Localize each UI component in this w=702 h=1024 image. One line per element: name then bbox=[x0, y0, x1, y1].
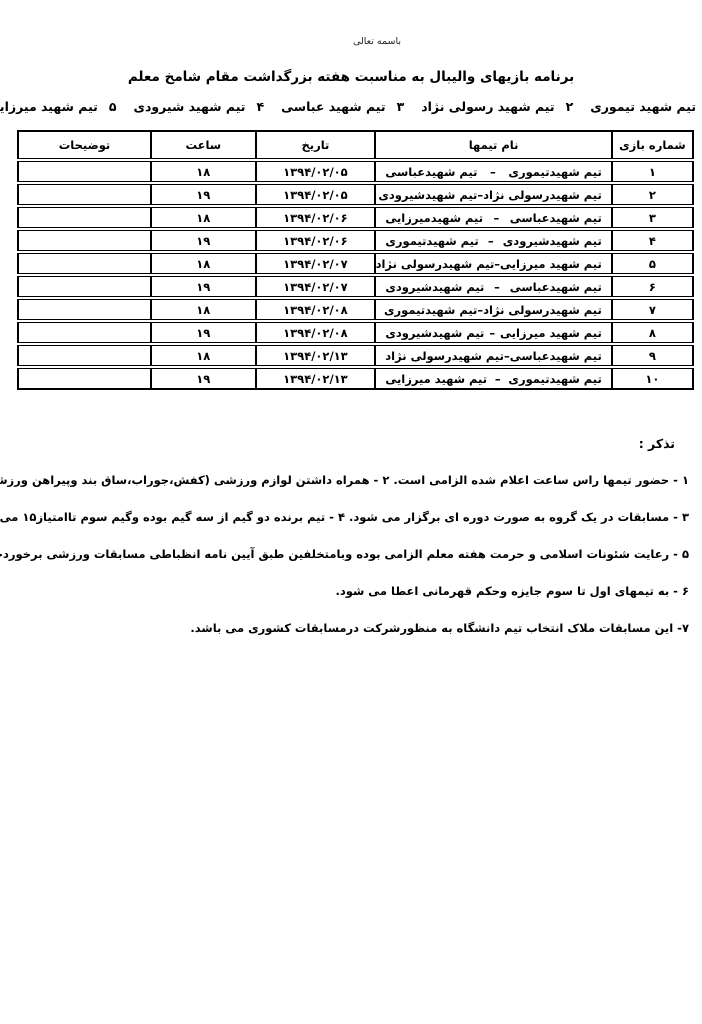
teams-cell: تیم شهیدرسولی نژاد – تیم شهیدشیرودی bbox=[375, 184, 611, 205]
game-number-cell: ۵ bbox=[612, 253, 694, 274]
away-team-name: تیم شهیدعباسی bbox=[385, 165, 477, 179]
teams-cell: تیم شهیدشیرودی – تیم شهیدتیموری bbox=[375, 230, 611, 251]
time-cell: ۱۹ bbox=[151, 322, 256, 343]
home-team-name: تیم شهیدعباسی bbox=[510, 280, 602, 294]
schedule-row: ۷ تیم شهیدرسولی نژاد – تیم شهیدتیموری ۱۳… bbox=[17, 299, 694, 320]
remark-line: ۳ - مسابقات در یک گروه به صورت دوره ای ب… bbox=[0, 509, 689, 525]
time-cell: ۱۸ bbox=[151, 299, 256, 320]
away-team-name: تیم شهیدرسولی نژاد bbox=[376, 257, 495, 271]
time-cell: ۱۹ bbox=[151, 230, 256, 251]
date-cell: ۱۳۹۴/۰۲/۰۶ bbox=[256, 230, 376, 251]
date-cell: ۱۳۹۴/۰۲/۰۶ bbox=[256, 207, 376, 228]
home-team-name: تیم شهیدتیموری bbox=[508, 165, 601, 179]
game-number-cell: ۷ bbox=[612, 299, 694, 320]
vs-dash: – bbox=[494, 280, 500, 294]
game-number-cell: ۲ bbox=[612, 184, 694, 205]
schedule-table-body: ۱ تیم شهیدتیموری – تیم شهیدعباسی ۱۳۹۴/۰۲… bbox=[17, 161, 694, 390]
game-number-cell: ۴ bbox=[612, 230, 694, 251]
remark-line: ۱ - حضور تیمها راس ساعت اعلام شده الزامی… bbox=[0, 472, 689, 488]
date-cell: ۱۳۹۴/۰۲/۰۷ bbox=[256, 253, 376, 274]
vs-dash: – bbox=[488, 234, 494, 248]
notes-cell bbox=[17, 184, 151, 205]
away-team-name: تیم شهید میرزایی bbox=[385, 372, 487, 386]
away-team-name: تیم شهیدتیموری bbox=[384, 303, 477, 317]
notes-cell bbox=[17, 207, 151, 228]
notes-cell bbox=[17, 230, 151, 251]
vs-dash: – bbox=[494, 211, 500, 225]
header-time: ساعت bbox=[151, 130, 256, 159]
away-team-name: تیم شهیدشیرودی bbox=[385, 326, 484, 340]
teams-pair: تیم شهیدشیرودی – تیم شهیدتیموری bbox=[380, 234, 606, 248]
header-game-number: شماره بازی bbox=[612, 130, 694, 159]
home-team-name: تیم شهیدعباسی bbox=[510, 211, 602, 225]
team-legend-number: ۲ bbox=[566, 99, 574, 114]
header-team-names: نام تیمها bbox=[375, 130, 611, 159]
teams-cell: تیم شهیدتیموری – تیم شهید میرزایی bbox=[375, 368, 611, 390]
game-number-cell: ۳ bbox=[612, 207, 694, 228]
teams-pair: تیم شهید میرزایی – تیم شهیدشیرودی bbox=[380, 326, 606, 340]
away-team-name: تیم شهیدرسولی نژاد bbox=[385, 349, 504, 363]
team-legend-item: ۱ تیم شهید تیموری bbox=[590, 99, 702, 114]
team-legend-name: تیم شهید میرزایی bbox=[0, 99, 98, 114]
schedule-row: ۵ تیم شهید میرزایی – تیم شهیدرسولی نژاد … bbox=[17, 253, 694, 274]
teams-cell: تیم شهیدرسولی نژاد – تیم شهیدتیموری bbox=[375, 299, 611, 320]
team-legend-number: ۵ bbox=[109, 99, 117, 114]
vs-dash: – bbox=[494, 257, 500, 271]
schedule-row: ۴ تیم شهیدشیرودی – تیم شهیدتیموری ۱۳۹۴/۰… bbox=[17, 230, 694, 251]
team-legend-number: ۳ bbox=[397, 99, 405, 114]
teams-legend: ۱ تیم شهید تیموری ۲ تیم شهید رسولی نژاد … bbox=[0, 99, 702, 114]
date-cell: ۱۳۹۴/۰۲/۰۵ bbox=[256, 184, 376, 205]
date-cell: ۱۳۹۴/۰۲/۰۵ bbox=[256, 161, 376, 182]
schedule-row: ۶ تیم شهیدعباسی – تیم شهیدشیرودی ۱۳۹۴/۰۲… bbox=[17, 276, 694, 297]
date-cell: ۱۳۹۴/۰۲/۰۸ bbox=[256, 299, 376, 320]
schedule-row: ۱۰ تیم شهیدتیموری – تیم شهید میرزایی ۱۳۹… bbox=[17, 368, 694, 390]
vs-dash: – bbox=[490, 165, 496, 179]
header-notes: توضیحات bbox=[17, 130, 151, 159]
time-cell: ۱۸ bbox=[151, 253, 256, 274]
notes-cell bbox=[17, 368, 151, 390]
time-cell: ۱۹ bbox=[151, 276, 256, 297]
time-cell: ۱۸ bbox=[151, 161, 256, 182]
date-cell: ۱۳۹۴/۰۲/۰۸ bbox=[256, 322, 376, 343]
team-legend-item: ۳ تیم شهید عباسی bbox=[281, 99, 404, 114]
remarks-section: تذکر : ۱ - حضور تیمها راس ساعت اعلام شده… bbox=[0, 436, 702, 636]
header-date: تاریخ bbox=[256, 130, 376, 159]
team-legend-item: ۲ تیم شهید رسولی نژاد bbox=[421, 99, 573, 114]
notes-cell bbox=[17, 345, 151, 366]
teams-cell: تیم شهیدعباسی – تیم شهیدرسولی نژاد bbox=[375, 345, 611, 366]
table-header-row: شماره بازی نام تیمها تاریخ ساعت توضیحات bbox=[17, 130, 694, 159]
teams-pair: تیم شهیدرسولی نژاد – تیم شهیدشیرودی bbox=[380, 188, 606, 202]
game-number-cell: ۱ bbox=[612, 161, 694, 182]
date-cell: ۱۳۹۴/۰۲/۱۳ bbox=[256, 368, 376, 390]
time-cell: ۱۹ bbox=[151, 368, 256, 390]
schedule-row: ۹ تیم شهیدعباسی – تیم شهیدرسولی نژاد ۱۳۹… bbox=[17, 345, 694, 366]
game-number-cell: ۶ bbox=[612, 276, 694, 297]
notes-cell bbox=[17, 253, 151, 274]
game-number-cell: ۱۰ bbox=[612, 368, 694, 390]
team-legend-number: ۴ bbox=[257, 99, 265, 114]
time-cell: ۱۹ bbox=[151, 184, 256, 205]
vs-dash: – bbox=[495, 372, 501, 386]
schedule-row: ۳ تیم شهیدعباسی – تیم شهیدمیرزایی ۱۳۹۴/۰… bbox=[17, 207, 694, 228]
vs-dash: – bbox=[477, 303, 483, 317]
teams-pair: تیم شهیدرسولی نژاد – تیم شهیدتیموری bbox=[380, 303, 606, 317]
away-team-name: تیم شهیدتیموری bbox=[385, 234, 478, 248]
team-legend-name: تیم شهید رسولی نژاد bbox=[421, 99, 554, 114]
team-legend-item: ۵ تیم شهید میرزایی bbox=[0, 99, 117, 114]
away-team-name: تیم شهیدشیرودی bbox=[378, 188, 477, 202]
teams-cell: تیم شهید میرزایی – تیم شهیدرسولی نژاد bbox=[375, 253, 611, 274]
away-team-name: تیم شهیدمیرزایی bbox=[385, 211, 483, 225]
home-team-name: تیم شهیدعباسی bbox=[510, 349, 602, 363]
team-legend-item: ۴ تیم شهید شیرودی bbox=[134, 99, 265, 114]
teams-pair: تیم شهید میرزایی – تیم شهیدرسولی نژاد bbox=[380, 257, 606, 271]
schedule-row: ۲ تیم شهیدرسولی نژاد – تیم شهیدشیرودی ۱۳… bbox=[17, 184, 694, 205]
time-cell: ۱۸ bbox=[151, 207, 256, 228]
schedule-row: ۱ تیم شهیدتیموری – تیم شهیدعباسی ۱۳۹۴/۰۲… bbox=[17, 161, 694, 182]
remark-line: ۷- این مسابقات ملاک انتخاب تیم دانشگاه ب… bbox=[0, 620, 689, 636]
teams-cell: تیم شهیدعباسی – تیم شهیدشیرودی bbox=[375, 276, 611, 297]
vs-dash: – bbox=[504, 349, 510, 363]
remark-line: ۶ - به تیمهای اول تا سوم جایزه وحکم قهرم… bbox=[0, 583, 689, 599]
date-cell: ۱۳۹۴/۰۲/۰۷ bbox=[256, 276, 376, 297]
vs-dash: – bbox=[477, 188, 483, 202]
team-legend-name: تیم شهید عباسی bbox=[281, 99, 385, 114]
teams-cell: تیم شهیدتیموری – تیم شهیدعباسی bbox=[375, 161, 611, 182]
home-team-name: تیم شهیدشیرودی bbox=[503, 234, 602, 248]
schedule-table: شماره بازی نام تیمها تاریخ ساعت توضیحات … bbox=[17, 128, 694, 392]
bismillah-text: باسمه تعالی bbox=[26, 36, 702, 47]
teams-cell: تیم شهید میرزایی – تیم شهیدشیرودی bbox=[375, 322, 611, 343]
home-team-name: تیم شهیدتیموری bbox=[508, 372, 601, 386]
remarks-list: ۱ - حضور تیمها راس ساعت اعلام شده الزامی… bbox=[0, 472, 702, 636]
teams-pair: تیم شهیدعباسی – تیم شهیدمیرزایی bbox=[380, 211, 606, 225]
teams-pair: تیم شهیدعباسی – تیم شهیدرسولی نژاد bbox=[380, 349, 606, 363]
home-team-name: تیم شهیدرسولی نژاد bbox=[483, 303, 602, 317]
remarks-heading: تذکر : bbox=[0, 436, 675, 451]
time-cell: ۱۸ bbox=[151, 345, 256, 366]
game-number-cell: ۸ bbox=[612, 322, 694, 343]
teams-pair: تیم شهیدتیموری – تیم شهیدعباسی bbox=[380, 165, 606, 179]
notes-cell bbox=[17, 276, 151, 297]
team-legend-name: تیم شهید تیموری bbox=[590, 99, 696, 114]
page-title: برنامه بازیهای والیبال به مناسبت هفته بز… bbox=[0, 69, 702, 85]
away-team-name: تیم شهیدشیرودی bbox=[385, 280, 484, 294]
home-team-name: تیم شهید میرزایی bbox=[500, 257, 602, 271]
document-page: باسمه تعالی برنامه بازیهای والیبال به من… bbox=[0, 0, 702, 1024]
home-team-name: تیم شهید میرزایی bbox=[500, 326, 602, 340]
notes-cell bbox=[17, 299, 151, 320]
notes-cell bbox=[17, 161, 151, 182]
game-number-cell: ۹ bbox=[612, 345, 694, 366]
teams-cell: تیم شهیدعباسی – تیم شهیدمیرزایی bbox=[375, 207, 611, 228]
home-team-name: تیم شهیدرسولی نژاد bbox=[483, 188, 602, 202]
teams-pair: تیم شهیدعباسی – تیم شهیدشیرودی bbox=[380, 280, 606, 294]
remark-line: ۵ - رعایت شئونات اسلامی و حرمت هفته معلم… bbox=[0, 546, 689, 562]
notes-cell bbox=[17, 322, 151, 343]
vs-dash: – bbox=[489, 326, 495, 340]
team-legend-name: تیم شهید شیرودی bbox=[134, 99, 246, 114]
schedule-row: ۸ تیم شهید میرزایی – تیم شهیدشیرودی ۱۳۹۴… bbox=[17, 322, 694, 343]
teams-pair: تیم شهیدتیموری – تیم شهید میرزایی bbox=[380, 372, 606, 386]
date-cell: ۱۳۹۴/۰۲/۱۳ bbox=[256, 345, 376, 366]
